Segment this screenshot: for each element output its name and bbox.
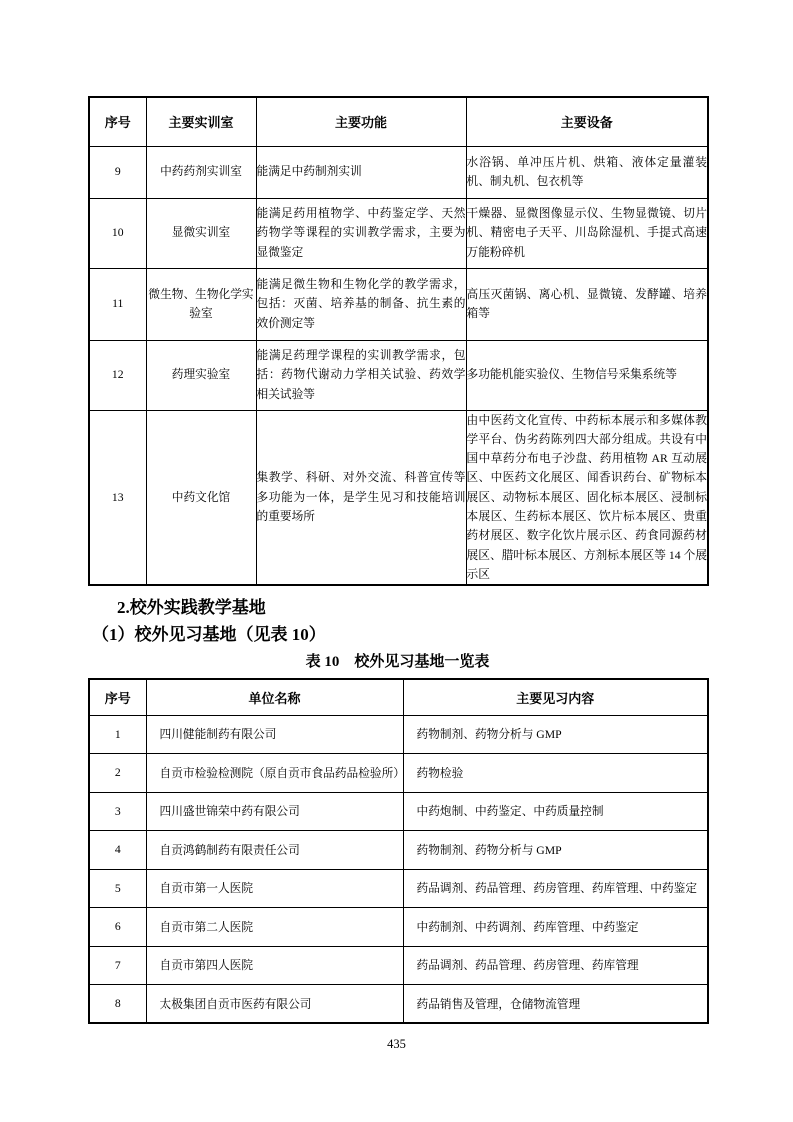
cell-unit: 自贡市第一人医院	[146, 869, 403, 908]
table-header-row: 序号 单位名称 主要见习内容	[89, 679, 708, 715]
cell-equipment: 水浴锅、单冲压片机、烘箱、液体定量灌装机、制丸机、包衣机等	[466, 146, 708, 198]
table-row: 7 自贡市第四人医院 药品调剂、药品管理、药房管理、药库管理	[89, 946, 708, 985]
cell-function: 能满足中药制剂实训	[256, 146, 466, 198]
table-row: 6 自贡市第二人医院 中药制剂、中药调剂、药库管理、中药鉴定	[89, 908, 708, 947]
table-caption: 表 10 校外见习基地一览表	[88, 652, 707, 672]
cell-function: 集教学、科研、对外交流、科普宣传等多功能为一体，是学生见习和技能培训的重要场所	[256, 410, 466, 585]
cell-equipment: 干燥器、显微图像显示仪、生物显微镜、切片机、精密电子天平、川岛除湿机、手提式高速…	[466, 198, 708, 268]
column-header-seq: 序号	[89, 679, 146, 715]
cell-equipment: 高压灭菌锅、离心机、显微镜、发酵罐、培养箱等	[466, 268, 708, 340]
column-header-room: 主要实训室	[146, 97, 256, 146]
table-row: 9 中药药剂实训室 能满足中药制剂实训 水浴锅、单冲压片机、烘箱、液体定量灌装机…	[89, 146, 708, 198]
column-header-content: 主要见习内容	[403, 679, 708, 715]
column-header-function: 主要功能	[256, 97, 466, 146]
cell-seq: 4	[89, 831, 146, 870]
cell-content: 药品调剂、药品管理、药房管理、药库管理、中药鉴定	[403, 869, 708, 908]
table-row: 1 四川健能制药有限公司 药物制剂、药物分析与 GMP	[89, 715, 708, 754]
section-heading: 2.校外实践教学基地	[117, 598, 266, 618]
cell-seq: 9	[89, 146, 146, 198]
cell-unit: 太极集团自贡市医药有限公司	[146, 985, 403, 1024]
table-row: 10 显微实训室 能满足药用植物学、中药鉴定学、天然药物学等课程的实训教学需求，…	[89, 198, 708, 268]
cell-unit: 自贡市第四人医院	[146, 946, 403, 985]
cell-seq: 10	[89, 198, 146, 268]
table-row: 3 四川盛世锦荣中药有限公司 中药炮制、中药鉴定、中药质量控制	[89, 792, 708, 831]
cell-seq: 8	[89, 985, 146, 1024]
cell-unit: 自贡市第二人医院	[146, 908, 403, 947]
document-page: 序号 主要实训室 主要功能 主要设备 9 中药药剂实训室 能满足中药制剂实训 水…	[0, 0, 793, 1122]
cell-unit: 自贡市检验检测院（原自贡市食品药品检验所）	[146, 754, 403, 793]
cell-room: 微生物、生物化学实验室	[146, 268, 256, 340]
cell-content: 药物检验	[403, 754, 708, 793]
cell-content: 药物制剂、药物分析与 GMP	[403, 831, 708, 870]
cell-function: 能满足药理学课程的实训教学需求，包括：药物代谢动力学相关试验、药效学相关试验等	[256, 340, 466, 410]
cell-unit: 自贡鸿鹤制药有限责任公司	[146, 831, 403, 870]
page-number: 435	[0, 1037, 793, 1052]
cell-seq: 2	[89, 754, 146, 793]
table-row: 11 微生物、生物化学实验室 能满足微生物和生物化学的教学需求，包括：灭菌、培养…	[89, 268, 708, 340]
cell-seq: 12	[89, 340, 146, 410]
column-header-unit: 单位名称	[146, 679, 403, 715]
cell-room: 显微实训室	[146, 198, 256, 268]
cell-room: 药理实验室	[146, 340, 256, 410]
cell-content: 药品调剂、药品管理、药房管理、药库管理	[403, 946, 708, 985]
table-row: 13 中药文化馆 集教学、科研、对外交流、科普宣传等多功能为一体，是学生见习和技…	[89, 410, 708, 585]
cell-room: 中药文化馆	[146, 410, 256, 585]
cell-seq: 3	[89, 792, 146, 831]
table-row: 5 自贡市第一人医院 药品调剂、药品管理、药房管理、药库管理、中药鉴定	[89, 869, 708, 908]
cell-content: 中药炮制、中药鉴定、中药质量控制	[403, 792, 708, 831]
cell-seq: 5	[89, 869, 146, 908]
table-row: 12 药理实验室 能满足药理学课程的实训教学需求，包括：药物代谢动力学相关试验、…	[89, 340, 708, 410]
cell-seq: 6	[89, 908, 146, 947]
cell-seq: 11	[89, 268, 146, 340]
practice-bases-table: 序号 单位名称 主要见习内容 1 四川健能制药有限公司 药物制剂、药物分析与 G…	[88, 678, 709, 1024]
cell-room: 中药药剂实训室	[146, 146, 256, 198]
cell-unit: 四川健能制药有限公司	[146, 715, 403, 754]
table-row: 4 自贡鸿鹤制药有限责任公司 药物制剂、药物分析与 GMP	[89, 831, 708, 870]
cell-seq: 1	[89, 715, 146, 754]
cell-seq: 13	[89, 410, 146, 585]
section-subheading: （1）校外见习基地（见表 10）	[92, 625, 326, 645]
table-header-row: 序号 主要实训室 主要功能 主要设备	[89, 97, 708, 146]
table-row: 2 自贡市检验检测院（原自贡市食品药品检验所） 药物检验	[89, 754, 708, 793]
cell-unit: 四川盛世锦荣中药有限公司	[146, 792, 403, 831]
cell-function: 能满足微生物和生物化学的教学需求，包括：灭菌、培养基的制备、抗生素的效价测定等	[256, 268, 466, 340]
cell-content: 药品销售及管理，仓储物流管理	[403, 985, 708, 1024]
cell-content: 药物制剂、药物分析与 GMP	[403, 715, 708, 754]
column-header-seq: 序号	[89, 97, 146, 146]
training-rooms-table: 序号 主要实训室 主要功能 主要设备 9 中药药剂实训室 能满足中药制剂实训 水…	[88, 96, 709, 586]
cell-seq: 7	[89, 946, 146, 985]
table-row: 8 太极集团自贡市医药有限公司 药品销售及管理，仓储物流管理	[89, 985, 708, 1024]
column-header-equipment: 主要设备	[466, 97, 708, 146]
cell-equipment: 由中医药文化宣传、中药标本展示和多媒体教学平台、伪劣药陈列四大部分组成。共设有中…	[466, 410, 708, 585]
cell-equipment: 多功能机能实验仪、生物信号采集系统等	[466, 340, 708, 410]
cell-content: 中药制剂、中药调剂、药库管理、中药鉴定	[403, 908, 708, 947]
cell-function: 能满足药用植物学、中药鉴定学、天然药物学等课程的实训教学需求，主要为显微鉴定	[256, 198, 466, 268]
